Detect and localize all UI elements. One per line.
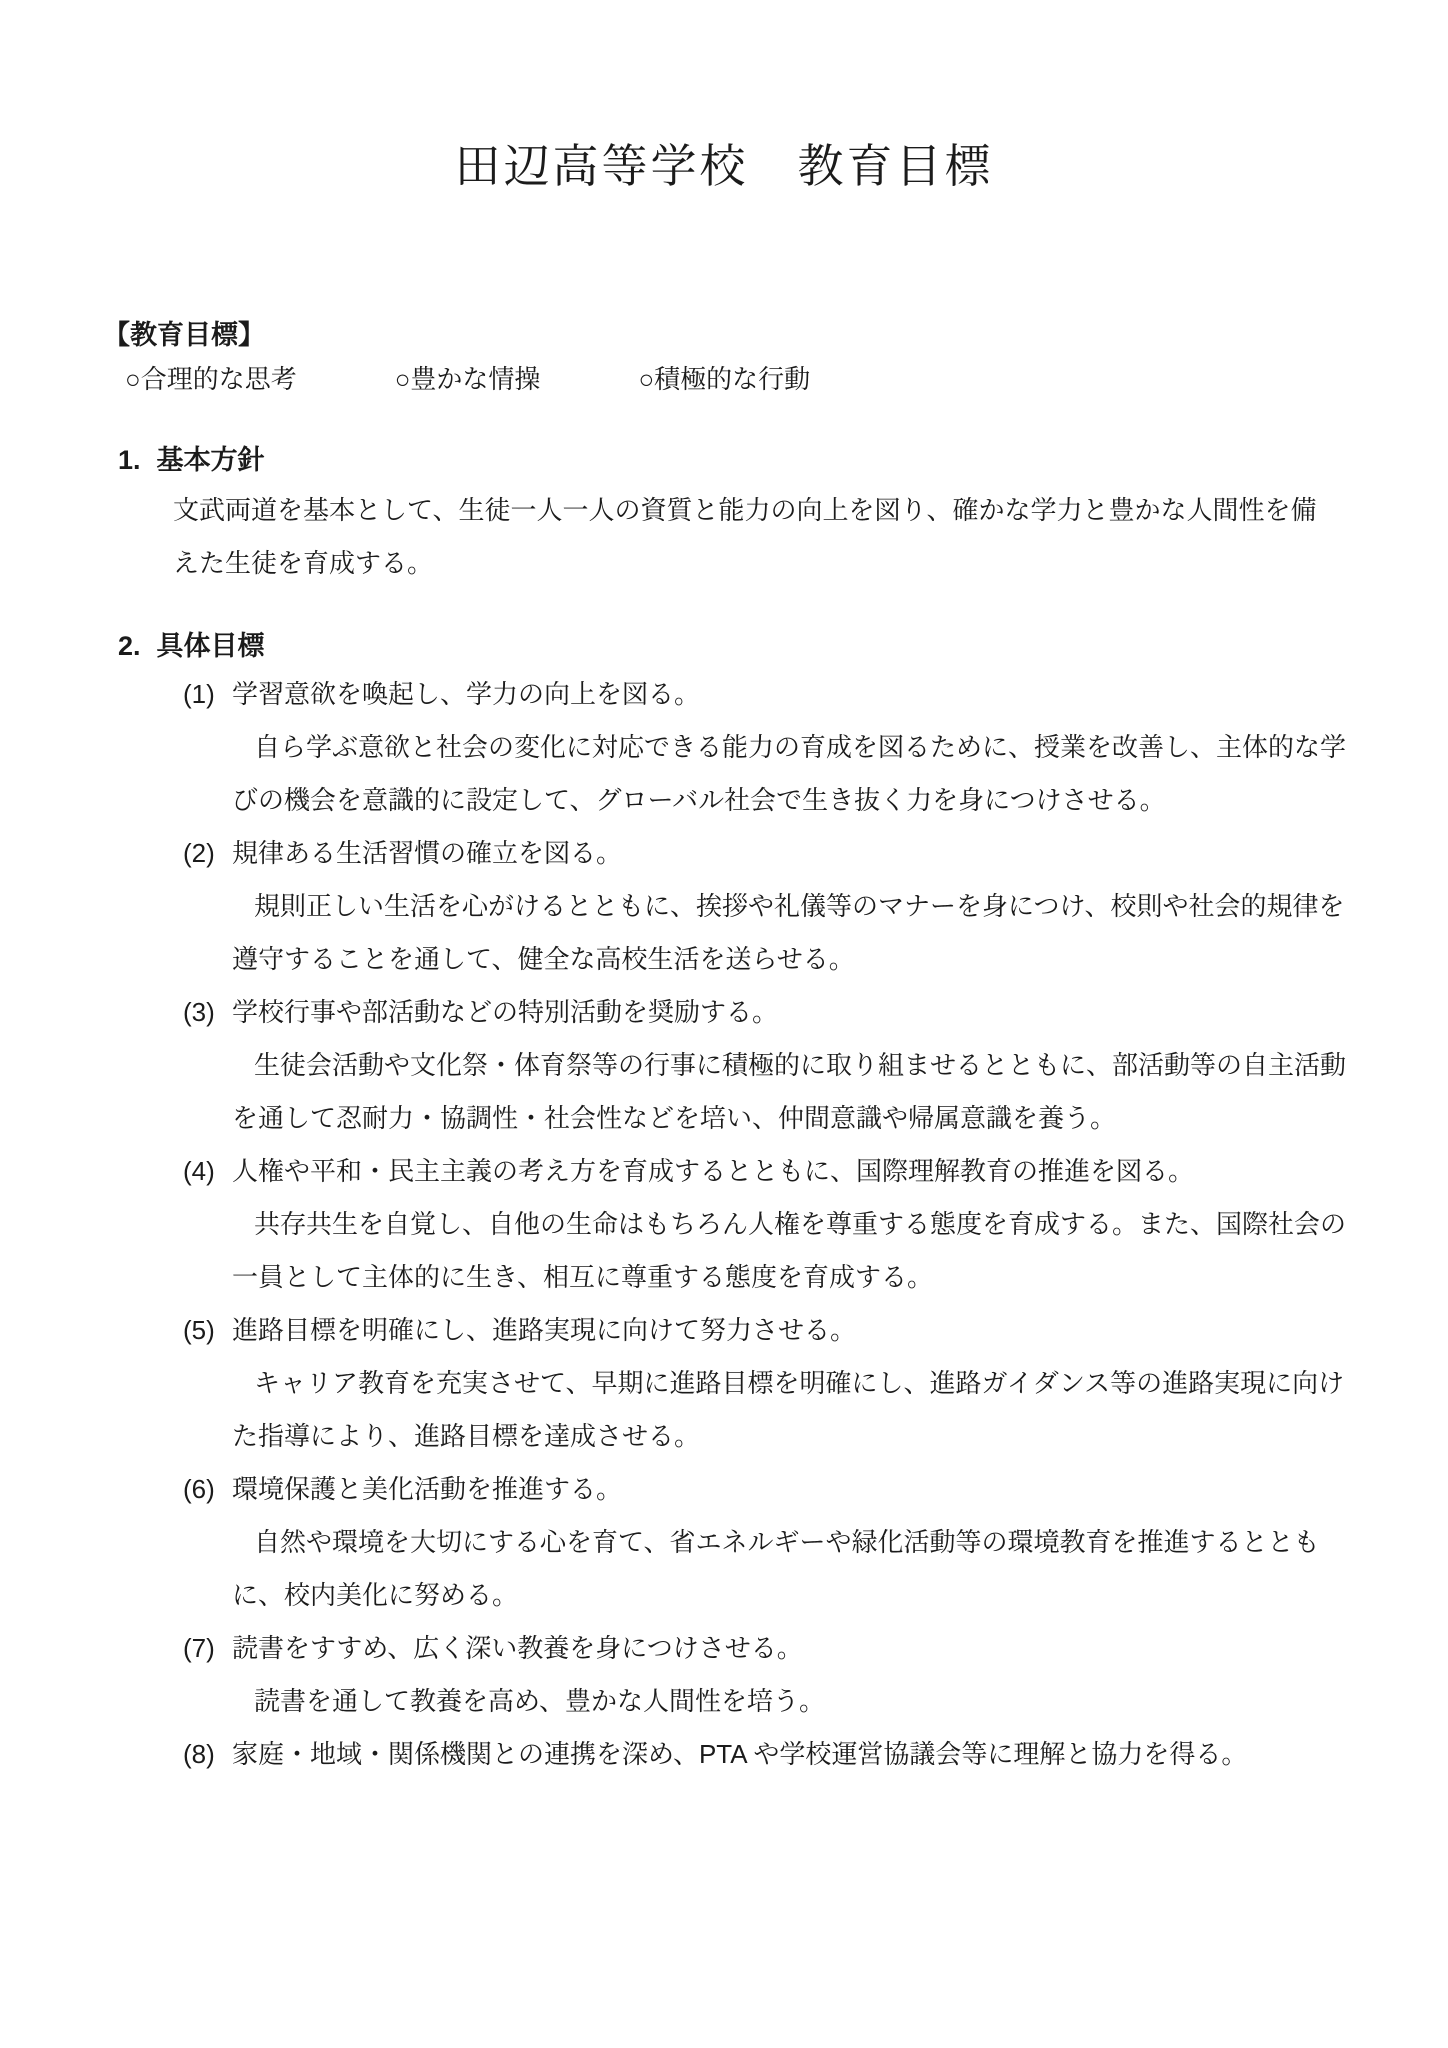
item-number: (5) — [183, 1304, 232, 1357]
item-heading: (5) 進路目標を明確にし、進路実現に向けて努力させる。 — [183, 1304, 1345, 1357]
item-title: 人権や平和・民主主義の考え方を育成するとともに、国際理解教育の推進を図る。 — [232, 1145, 1194, 1198]
item-title: 進路目標を明確にし、進路実現に向けて努力させる。 — [232, 1304, 856, 1357]
section-heading-label: 具体目標 — [157, 627, 265, 665]
section-number: 1. — [118, 441, 141, 479]
item-number: (6) — [183, 1463, 232, 1516]
edu-goal-item-rich-sentiment: ○豊かな情操 — [395, 359, 541, 399]
goal-item-5: (5) 進路目標を明確にし、進路実現に向けて努力させる。 キャリア教育を充実させ… — [103, 1304, 1345, 1463]
document-page: 田辺高等学校 教育目標 【教育目標】 ○合理的な思考 ○豊かな情操 ○積極的な行… — [0, 0, 1448, 2048]
item-detail-line: 自ら学ぶ意欲と社会の変化に対応できる能力の育成を図るために、授業を改善し、主体的… — [232, 721, 1345, 774]
section-heading-label: 基本方針 — [157, 441, 265, 479]
goal-item-2: (2) 規律ある生活習慣の確立を図る。 規則正しい生活を心がけるとともに、挨拶や… — [103, 827, 1345, 986]
item-title: 規律ある生活習慣の確立を図る。 — [232, 827, 622, 880]
item-detail-line: に、校内美化に努める。 — [232, 1569, 1345, 1622]
item-detail-line: 生徒会活動や文化祭・体育祭等の行事に積極的に取り組ませるとともに、部活動等の自主… — [232, 1039, 1345, 1092]
edu-goals-section: 【教育目標】 ○合理的な思考 ○豊かな情操 ○積極的な行動 — [103, 316, 1345, 399]
item-detail-line: 自然や環境を大切にする心を育て、省エネルギーや緑化活動等の環境教育を推進するとと… — [232, 1516, 1345, 1569]
goal-item-1: (1) 学習意欲を喚起し、学力の向上を図る。 自ら学ぶ意欲と社会の変化に対応でき… — [103, 668, 1345, 827]
concrete-goals-list: (1) 学習意欲を喚起し、学力の向上を図る。 自ら学ぶ意欲と社会の変化に対応でき… — [103, 668, 1345, 1781]
page-title: 田辺高等学校 教育目標 — [103, 0, 1345, 196]
basic-policy-heading: 1. 基本方針 — [103, 441, 1345, 479]
item-number: (2) — [183, 827, 232, 880]
item-number: (3) — [183, 986, 232, 1039]
edu-goal-item-rational-thinking: ○合理的な思考 — [125, 359, 297, 399]
item-number: (4) — [183, 1145, 232, 1198]
basic-policy-section: 1. 基本方針 文武両道を基本として、生徒一人一人の資質と能力の向上を図り、確か… — [103, 441, 1345, 590]
item-detail-line: 共存共生を自覚し、自他の生命はもちろん人権を尊重する態度を育成する。また、国際社… — [232, 1198, 1345, 1251]
item-detail-line: た指導により、進路目標を達成させる。 — [232, 1410, 1345, 1463]
goal-item-3: (3) 学校行事や部活動などの特別活動を奨励する。 生徒会活動や文化祭・体育祭等… — [103, 986, 1345, 1145]
item-number: (7) — [183, 1622, 232, 1675]
item-title: 読書をすすめ、広く深い教養を身につけさせる。 — [232, 1622, 803, 1675]
edu-goals-row: ○合理的な思考 ○豊かな情操 ○積極的な行動 — [125, 359, 1345, 399]
item-heading: (4) 人権や平和・民主主義の考え方を育成するとともに、国際理解教育の推進を図る… — [183, 1145, 1345, 1198]
item-heading: (1) 学習意欲を喚起し、学力の向上を図る。 — [183, 668, 1345, 721]
item-title: 家庭・地域・関係機関との連携を深め、PTA や学校運営協議会等に理解と協力を得る… — [232, 1728, 1247, 1781]
goal-item-8: (8) 家庭・地域・関係機関との連携を深め、PTA や学校運営協議会等に理解と協… — [103, 1728, 1345, 1781]
edu-goal-item-active-behavior: ○積極的な行動 — [638, 359, 810, 399]
concrete-goals-heading: 2. 具体目標 — [103, 627, 1345, 665]
goal-item-7: (7) 読書をすすめ、広く深い教養を身につけさせる。 読書を通して教養を高め、豊… — [103, 1622, 1345, 1728]
item-number: (1) — [183, 668, 232, 721]
paragraph-line: えた生徒を育成する。 — [173, 537, 1345, 590]
basic-policy-paragraph: 文武両道を基本として、生徒一人一人の資質と能力の向上を図り、確かな学力と豊かな人… — [173, 484, 1345, 590]
concrete-goals-section: 2. 具体目標 (1) 学習意欲を喚起し、学力の向上を図る。 自ら学ぶ意欲と社会… — [103, 627, 1345, 1781]
item-detail-line: を通して忍耐力・協調性・社会性などを培い、仲間意識や帰属意識を養う。 — [232, 1092, 1345, 1145]
section-number: 2. — [118, 627, 141, 665]
item-heading: (3) 学校行事や部活動などの特別活動を奨励する。 — [183, 986, 1345, 1039]
item-heading: (8) 家庭・地域・関係機関との連携を深め、PTA や学校運営協議会等に理解と協… — [183, 1728, 1345, 1781]
item-number: (8) — [183, 1728, 232, 1781]
paragraph-line: 文武両道を基本として、生徒一人一人の資質と能力の向上を図り、確かな学力と豊かな人… — [173, 484, 1345, 537]
item-detail-line: キャリア教育を充実させて、早期に進路目標を明確にし、進路ガイダンス等の進路実現に… — [232, 1357, 1345, 1410]
item-title: 学校行事や部活動などの特別活動を奨励する。 — [232, 986, 778, 1039]
item-detail-line: 読書を通して教養を高め、豊かな人間性を培う。 — [232, 1675, 1345, 1728]
item-detail-line: 規則正しい生活を心がけるとともに、挨拶や礼儀等のマナーを身につけ、校則や社会的規… — [232, 880, 1345, 933]
item-heading: (6) 環境保護と美化活動を推進する。 — [183, 1463, 1345, 1516]
edu-goals-header: 【教育目標】 — [103, 316, 1345, 354]
item-title: 学習意欲を喚起し、学力の向上を図る。 — [232, 668, 700, 721]
goal-item-6: (6) 環境保護と美化活動を推進する。 自然や環境を大切にする心を育て、省エネル… — [103, 1463, 1345, 1622]
item-detail-line: 遵守することを通して、健全な高校生活を送らせる。 — [232, 933, 1345, 986]
item-heading: (2) 規律ある生活習慣の確立を図る。 — [183, 827, 1345, 880]
item-detail-line: びの機会を意識的に設定して、グローバル社会で生き抜く力を身につけさせる。 — [232, 774, 1345, 827]
goal-item-4: (4) 人権や平和・民主主義の考え方を育成するとともに、国際理解教育の推進を図る… — [103, 1145, 1345, 1304]
item-title: 環境保護と美化活動を推進する。 — [232, 1463, 622, 1516]
item-heading: (7) 読書をすすめ、広く深い教養を身につけさせる。 — [183, 1622, 1345, 1675]
item-detail-line: 一員として主体的に生き、相互に尊重する態度を育成する。 — [232, 1251, 1345, 1304]
